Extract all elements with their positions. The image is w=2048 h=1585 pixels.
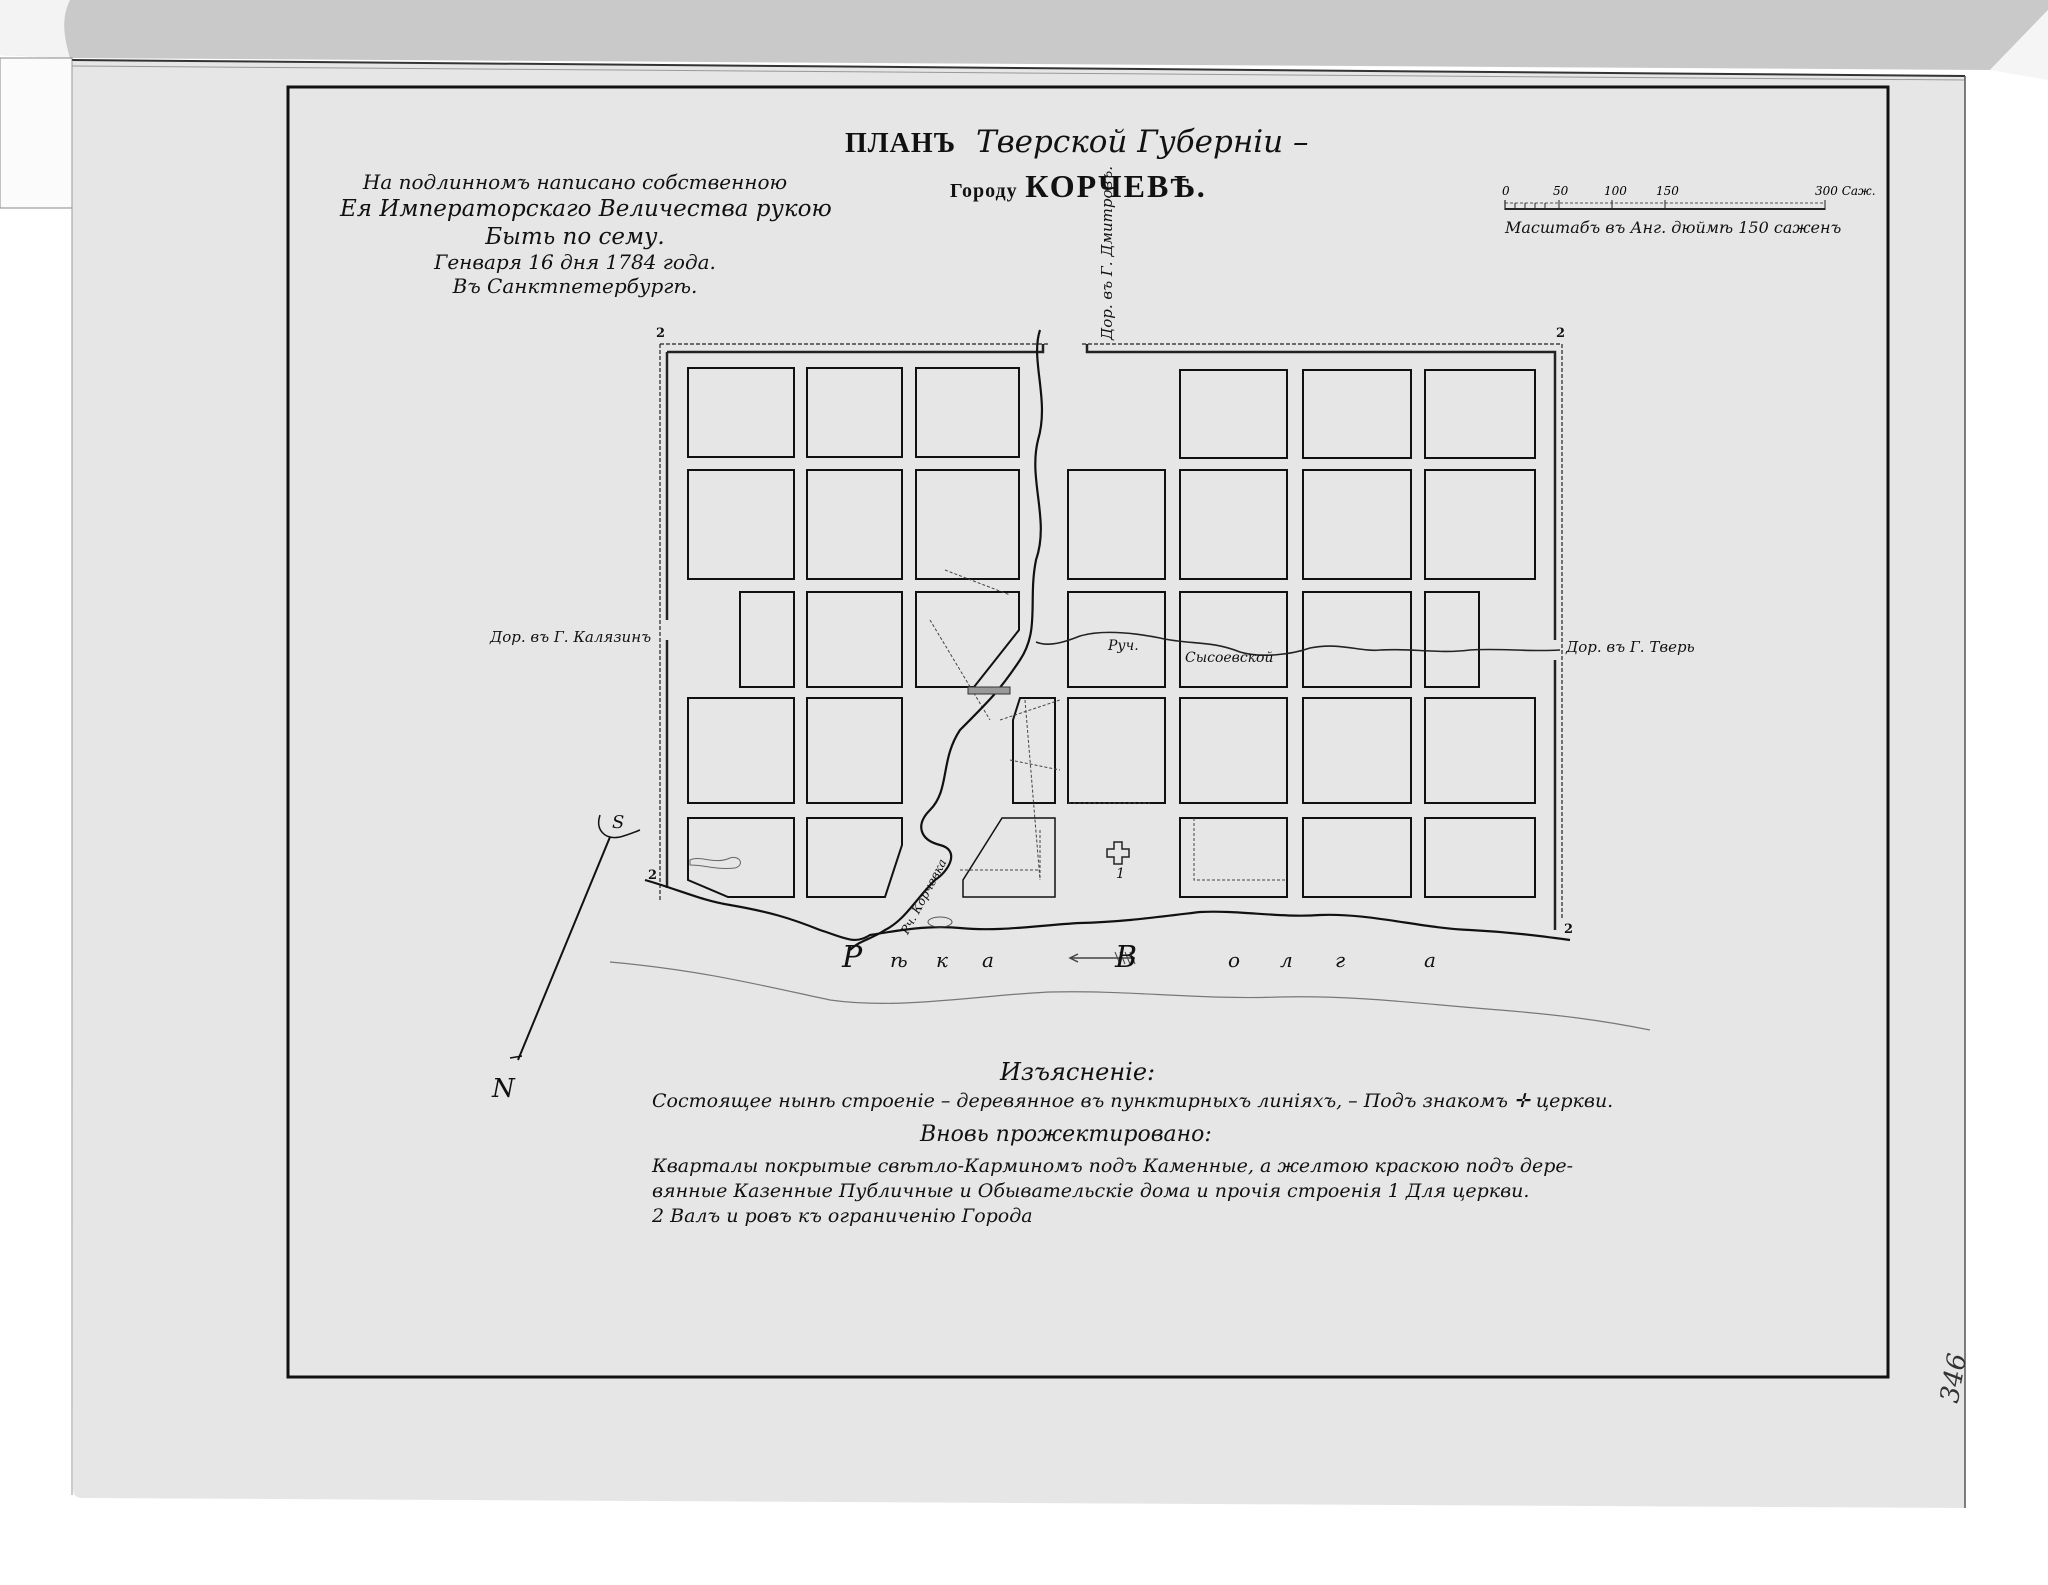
river-letter: г: [1335, 948, 1345, 972]
imperial-note-line-4: Генваря 16 дня 1784 года.: [340, 250, 810, 274]
legend-line-2: Кварталы покрытые свѣтло-Карминомъ подъ …: [652, 1155, 1573, 1177]
river-letter: к: [936, 948, 948, 972]
imperial-note-line-3: Быть по сему.: [340, 224, 810, 250]
legend-heading: Изъясненіе:: [1000, 1058, 1155, 1086]
rampart-marker-se: 2: [1564, 922, 1573, 937]
church-marker: 1: [1116, 866, 1125, 882]
title-prefix: ПЛАНЪ: [845, 128, 956, 159]
scale-tick-50: 50: [1553, 184, 1568, 198]
legend-line-4: 2 Валъ и ровъ къ ограниченію Города: [652, 1205, 1033, 1227]
river-letter: Р: [842, 940, 862, 975]
map-scan: [0, 0, 2048, 1585]
river-letter: а: [1424, 948, 1436, 972]
scale-tick-100: 100: [1604, 184, 1627, 198]
book-cover-top: [0, 0, 2048, 70]
river-letter: ѣ: [890, 948, 908, 972]
imperial-note-line-1: На подлинномъ написано собственною: [340, 170, 810, 194]
brook-label-2: Сысоевской: [1185, 650, 1273, 666]
river-letter: В: [1115, 940, 1137, 975]
compass-north: N: [492, 1074, 515, 1104]
legend-line-3: вянные Казенные Публичные и Обывательскі…: [652, 1180, 1529, 1202]
bridge: [968, 687, 1010, 694]
city-name: КОРЧЕВѢ.: [1025, 168, 1206, 204]
river-letter: л: [1280, 948, 1293, 972]
brook-label-1: Руч.: [1108, 638, 1139, 654]
river-letter: о: [1228, 948, 1240, 972]
compass-south: S: [612, 812, 624, 833]
legend-line-1: Состоящее нынѣ строеніе – деревянное въ …: [652, 1090, 1613, 1112]
scale-tick-0: 0: [1502, 184, 1510, 198]
river-letter: а: [982, 948, 994, 972]
road-label-kalyazin: Дор. въ Г. Калязинъ: [490, 628, 651, 646]
scale-tick-300: 300 Саж.: [1815, 184, 1876, 198]
map-title: ПЛАНЪ Тверской Губерніи –: [845, 124, 1308, 160]
rampart-marker-nw: 2: [656, 326, 665, 341]
subtitle-prefix: Городу: [950, 180, 1018, 202]
road-label-tver: Дор. въ Г. Тверь: [1566, 638, 1695, 656]
map-subtitle: Городу КОРЧЕВѢ.: [950, 168, 1207, 205]
scale-caption: Масштабъ въ Анг. дюймѣ 150 саженъ: [1505, 218, 1841, 237]
rampart-marker-ne: 2: [1556, 326, 1565, 341]
imperial-note-line-2: Ея Императорскаго Величества рукою: [340, 196, 810, 222]
title-province: Тверской Губерніи –: [976, 124, 1309, 160]
rampart-marker-sw: 2: [648, 868, 657, 883]
scale-tick-150: 150: [1656, 184, 1679, 198]
legend-subheading: Вновь прожектировано:: [920, 1122, 1212, 1147]
imperial-note-line-5: Въ Санктпетербургѣ.: [340, 274, 810, 298]
road-label-dmitrov: Дор. въ Г. Дмитровъ.: [1098, 166, 1116, 340]
